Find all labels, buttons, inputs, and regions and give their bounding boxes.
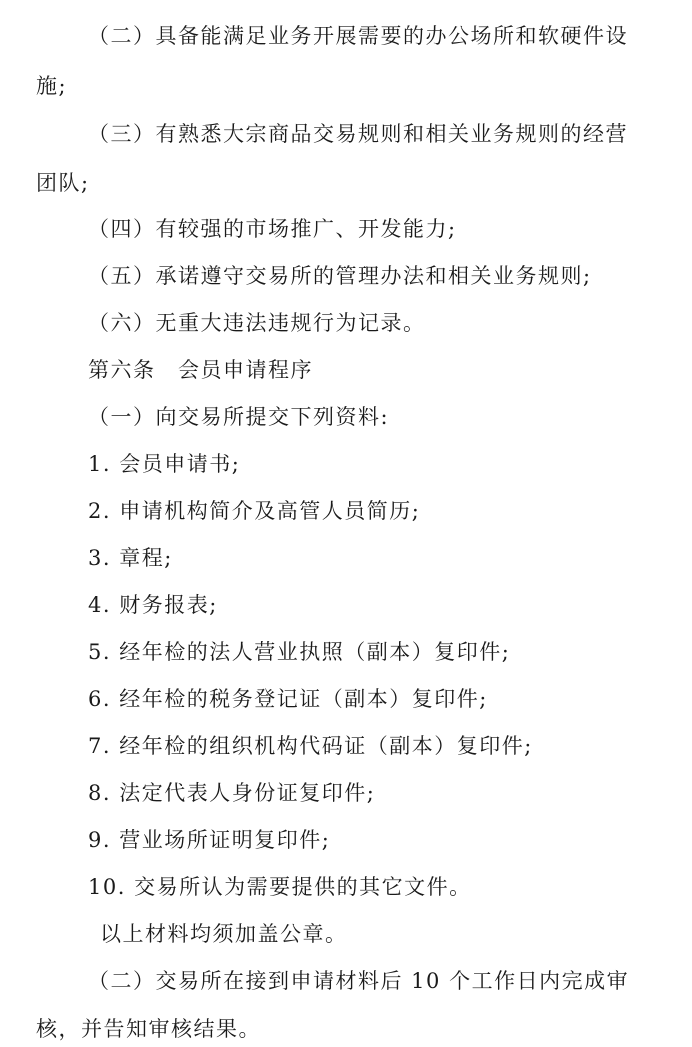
text-line-21: （二）交易所在接到申请材料后 10 个工作日内完成审 <box>88 967 629 995</box>
list-item-9: 9. 营业场所证明复印件; <box>88 826 330 854</box>
text-line-2: 施; <box>36 72 67 100</box>
text-line-22: 核，并告知审核结果。 <box>36 1015 261 1043</box>
list-item-7: 7. 经年检的组织机构代码证（副本）复印件; <box>88 732 533 760</box>
list-item-8: 8. 法定代表人身份证复印件; <box>88 779 375 807</box>
list-item-2: 2. 申请机构简介及高管人员简历; <box>88 497 420 525</box>
text-line-20: 以上材料均须加盖公章。 <box>100 920 348 948</box>
list-item-5: 5. 经年检的法人营业执照（副本）复印件; <box>88 638 510 666</box>
list-item-4: 4. 财务报表; <box>88 591 218 619</box>
text-line-1: （二）具备能满足业务开展需要的办公场所和软硬件设 <box>88 22 628 50</box>
list-item-1: 1. 会员申请书; <box>88 450 240 478</box>
text-line-4: 团队; <box>36 169 90 197</box>
text-line-7: （六）无重大违法违规行为记录。 <box>88 309 426 337</box>
article-heading: 第六条 会员申请程序 <box>88 356 313 384</box>
text-line-3: （三）有熟悉大宗商品交易规则和相关业务规则的经营 <box>88 120 628 148</box>
text-line-5: （四）有较强的市场推广、开发能力; <box>88 215 457 243</box>
text-line-6: （五）承诺遵守交易所的管理办法和相关业务规则; <box>88 262 592 290</box>
list-item-10: 10. 交易所认为需要提供的其它文件。 <box>88 873 472 901</box>
list-item-3: 3. 章程; <box>88 544 173 572</box>
text-line-9: （一）向交易所提交下列资料: <box>88 403 389 431</box>
list-item-6: 6. 经年检的税务登记证（副本）复印件; <box>88 685 488 713</box>
